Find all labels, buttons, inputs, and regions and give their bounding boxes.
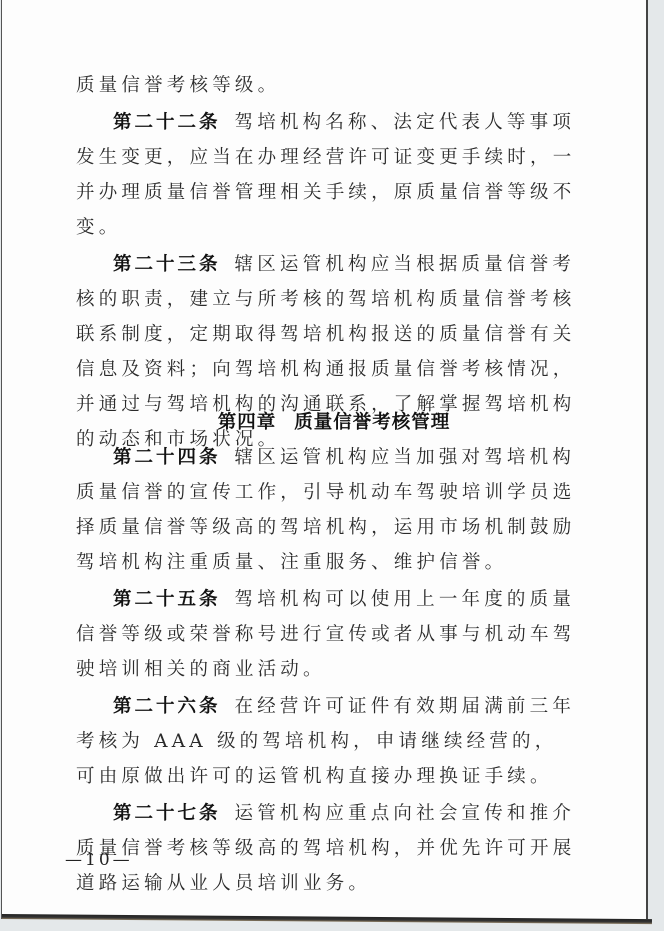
article-number: 第二十五条 — [113, 589, 221, 610]
article-26: 第二十六条在经营许可证件有效期届满前三年考核为 AAA 级的驾培机构，申请继续经… — [76, 689, 576, 794]
article-27: 第二十七条运管机构应重点向社会宣传和推介质量信誉考核等级高的驾培机构，并优先许可… — [76, 796, 576, 901]
page-edge-shadow — [2, 914, 652, 924]
continuation-text: 质量信誉考核等级。 — [76, 68, 576, 103]
upper-section: 质量信誉考核等级。 第二十二条驾培机构名称、法定代表人等事项发生变更，应当在办理… — [76, 68, 576, 457]
article-number: 第二十二条 — [113, 112, 221, 133]
article-number: 第二十四条 — [113, 447, 221, 468]
article-22: 第二十二条驾培机构名称、法定代表人等事项发生变更，应当在办理经营许可证变更手续时… — [76, 105, 576, 245]
chapter-heading: 第四章质量信誉考核管理 — [2, 408, 664, 434]
article-number: 第二十七条 — [113, 803, 221, 824]
chapter-number: 第四章 — [218, 412, 277, 433]
chapter-title: 质量信誉考核管理 — [294, 412, 450, 433]
article-number: 第二十三条 — [113, 254, 221, 275]
article-25: 第二十五条驾培机构可以使用上一年度的质量信誉等级或荣誉称号进行宣传或者从事与机动… — [76, 582, 576, 687]
chapter-section: 第二十四条辖区运管机构应当加强对驾培机构质量信誉的宣传工作，引导机动车驾驶培训学… — [76, 440, 576, 901]
article-number: 第二十六条 — [113, 696, 221, 717]
article-24: 第二十四条辖区运管机构应当加强对驾培机构质量信誉的宣传工作，引导机动车驾驶培训学… — [76, 440, 576, 580]
document-page: 质量信誉考核等级。 第二十二条驾培机构名称、法定代表人等事项发生变更，应当在办理… — [1, 0, 648, 919]
page-number: —10— — [65, 850, 133, 870]
